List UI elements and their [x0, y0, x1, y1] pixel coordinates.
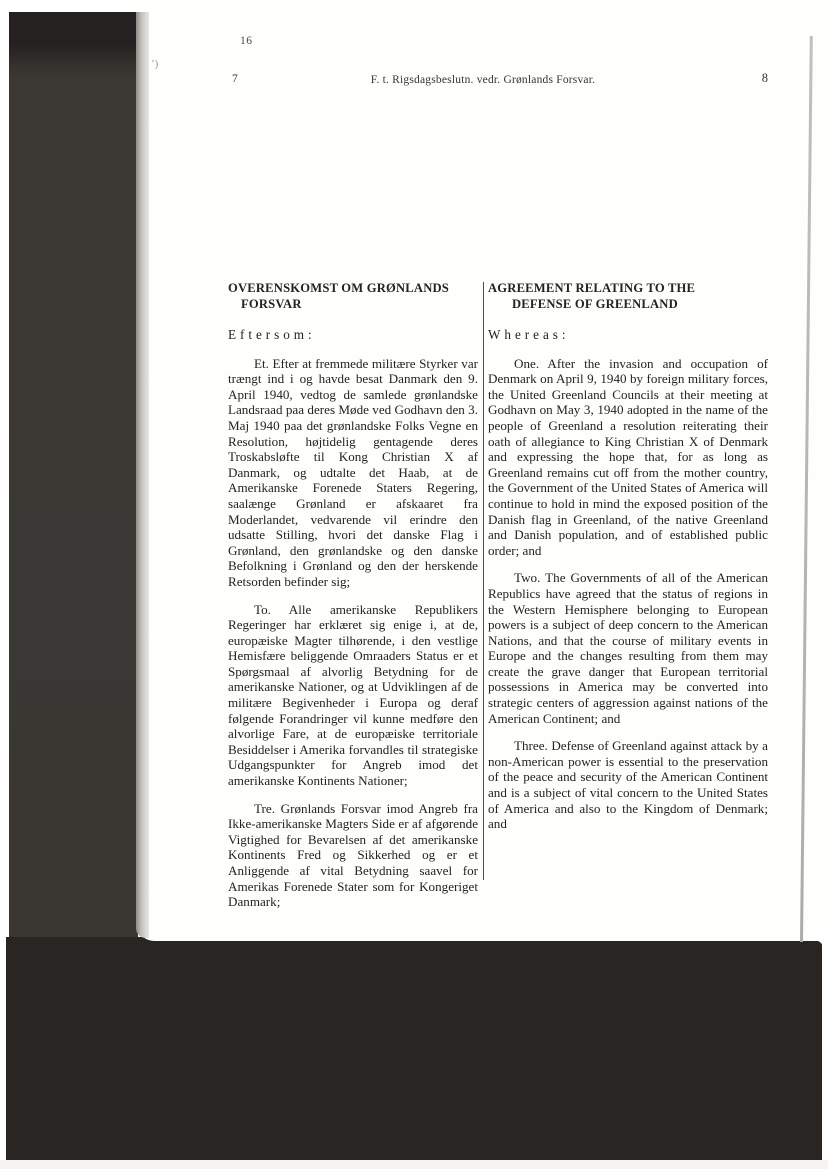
english-paragraph-2: Two. The Governments of all of the Ameri… [488, 570, 768, 726]
page-left-edge [136, 12, 149, 938]
running-head-title: F. t. Rigsdagsbeslutn. vedr. Grønlands F… [258, 74, 708, 86]
page-number-right: 8 [762, 71, 768, 86]
danish-paragraph-2: To. Alle amerikanske Republikers Regerin… [228, 602, 478, 789]
danish-column: OVERENSKOMST OM GRØNLANDS FORSVAR Efters… [228, 281, 478, 910]
danish-heading-line1: OVERENSKOMST OM GRØNLANDS [228, 281, 449, 295]
two-column-text: OVERENSKOMST OM GRØNLANDS FORSVAR Efters… [228, 281, 768, 910]
column-divider-rule [483, 282, 484, 880]
danish-paragraph-3: Tre. Grønlands Forsvar imod Angreb fra I… [228, 801, 478, 910]
scanned-document-canvas: 16 7 F. t. Rigsdagsbeslutn. vedr. Grønla… [0, 0, 828, 1169]
danish-lead-word: Eftersom: [228, 327, 478, 343]
scan-bottom-edge [0, 1160, 828, 1169]
danish-heading: OVERENSKOMST OM GRØNLANDS FORSVAR [228, 281, 478, 312]
danish-heading-line2: FORSVAR [228, 297, 478, 313]
english-heading-line2: DEFENSE OF GREENLAND [488, 297, 768, 313]
english-column: AGREEMENT RELATING TO THE DEFENSE OF GRE… [488, 281, 768, 832]
corner-note: 16 [240, 35, 253, 47]
english-paragraph-3: Three. Defense of Greenland against atta… [488, 738, 768, 832]
page-number-left: 7 [232, 73, 238, 85]
english-lead-word: Whereas: [488, 327, 768, 343]
scan-background-bottom [6, 937, 822, 1162]
english-heading: AGREEMENT RELATING TO THE DEFENSE OF GRE… [488, 281, 768, 312]
running-head: 7 F. t. Rigsdagsbeslutn. vedr. Grønlands… [138, 73, 828, 89]
scan-artifact-mark: ’) [151, 58, 158, 70]
english-heading-line1: AGREEMENT RELATING TO THE [488, 281, 695, 295]
english-paragraph-1: One. After the invasion and occupation o… [488, 356, 768, 559]
document-page: 16 7 F. t. Rigsdagsbeslutn. vedr. Grønla… [138, 0, 828, 941]
danish-paragraph-1: Et. Efter at fremmede militære Styrker v… [228, 356, 478, 590]
